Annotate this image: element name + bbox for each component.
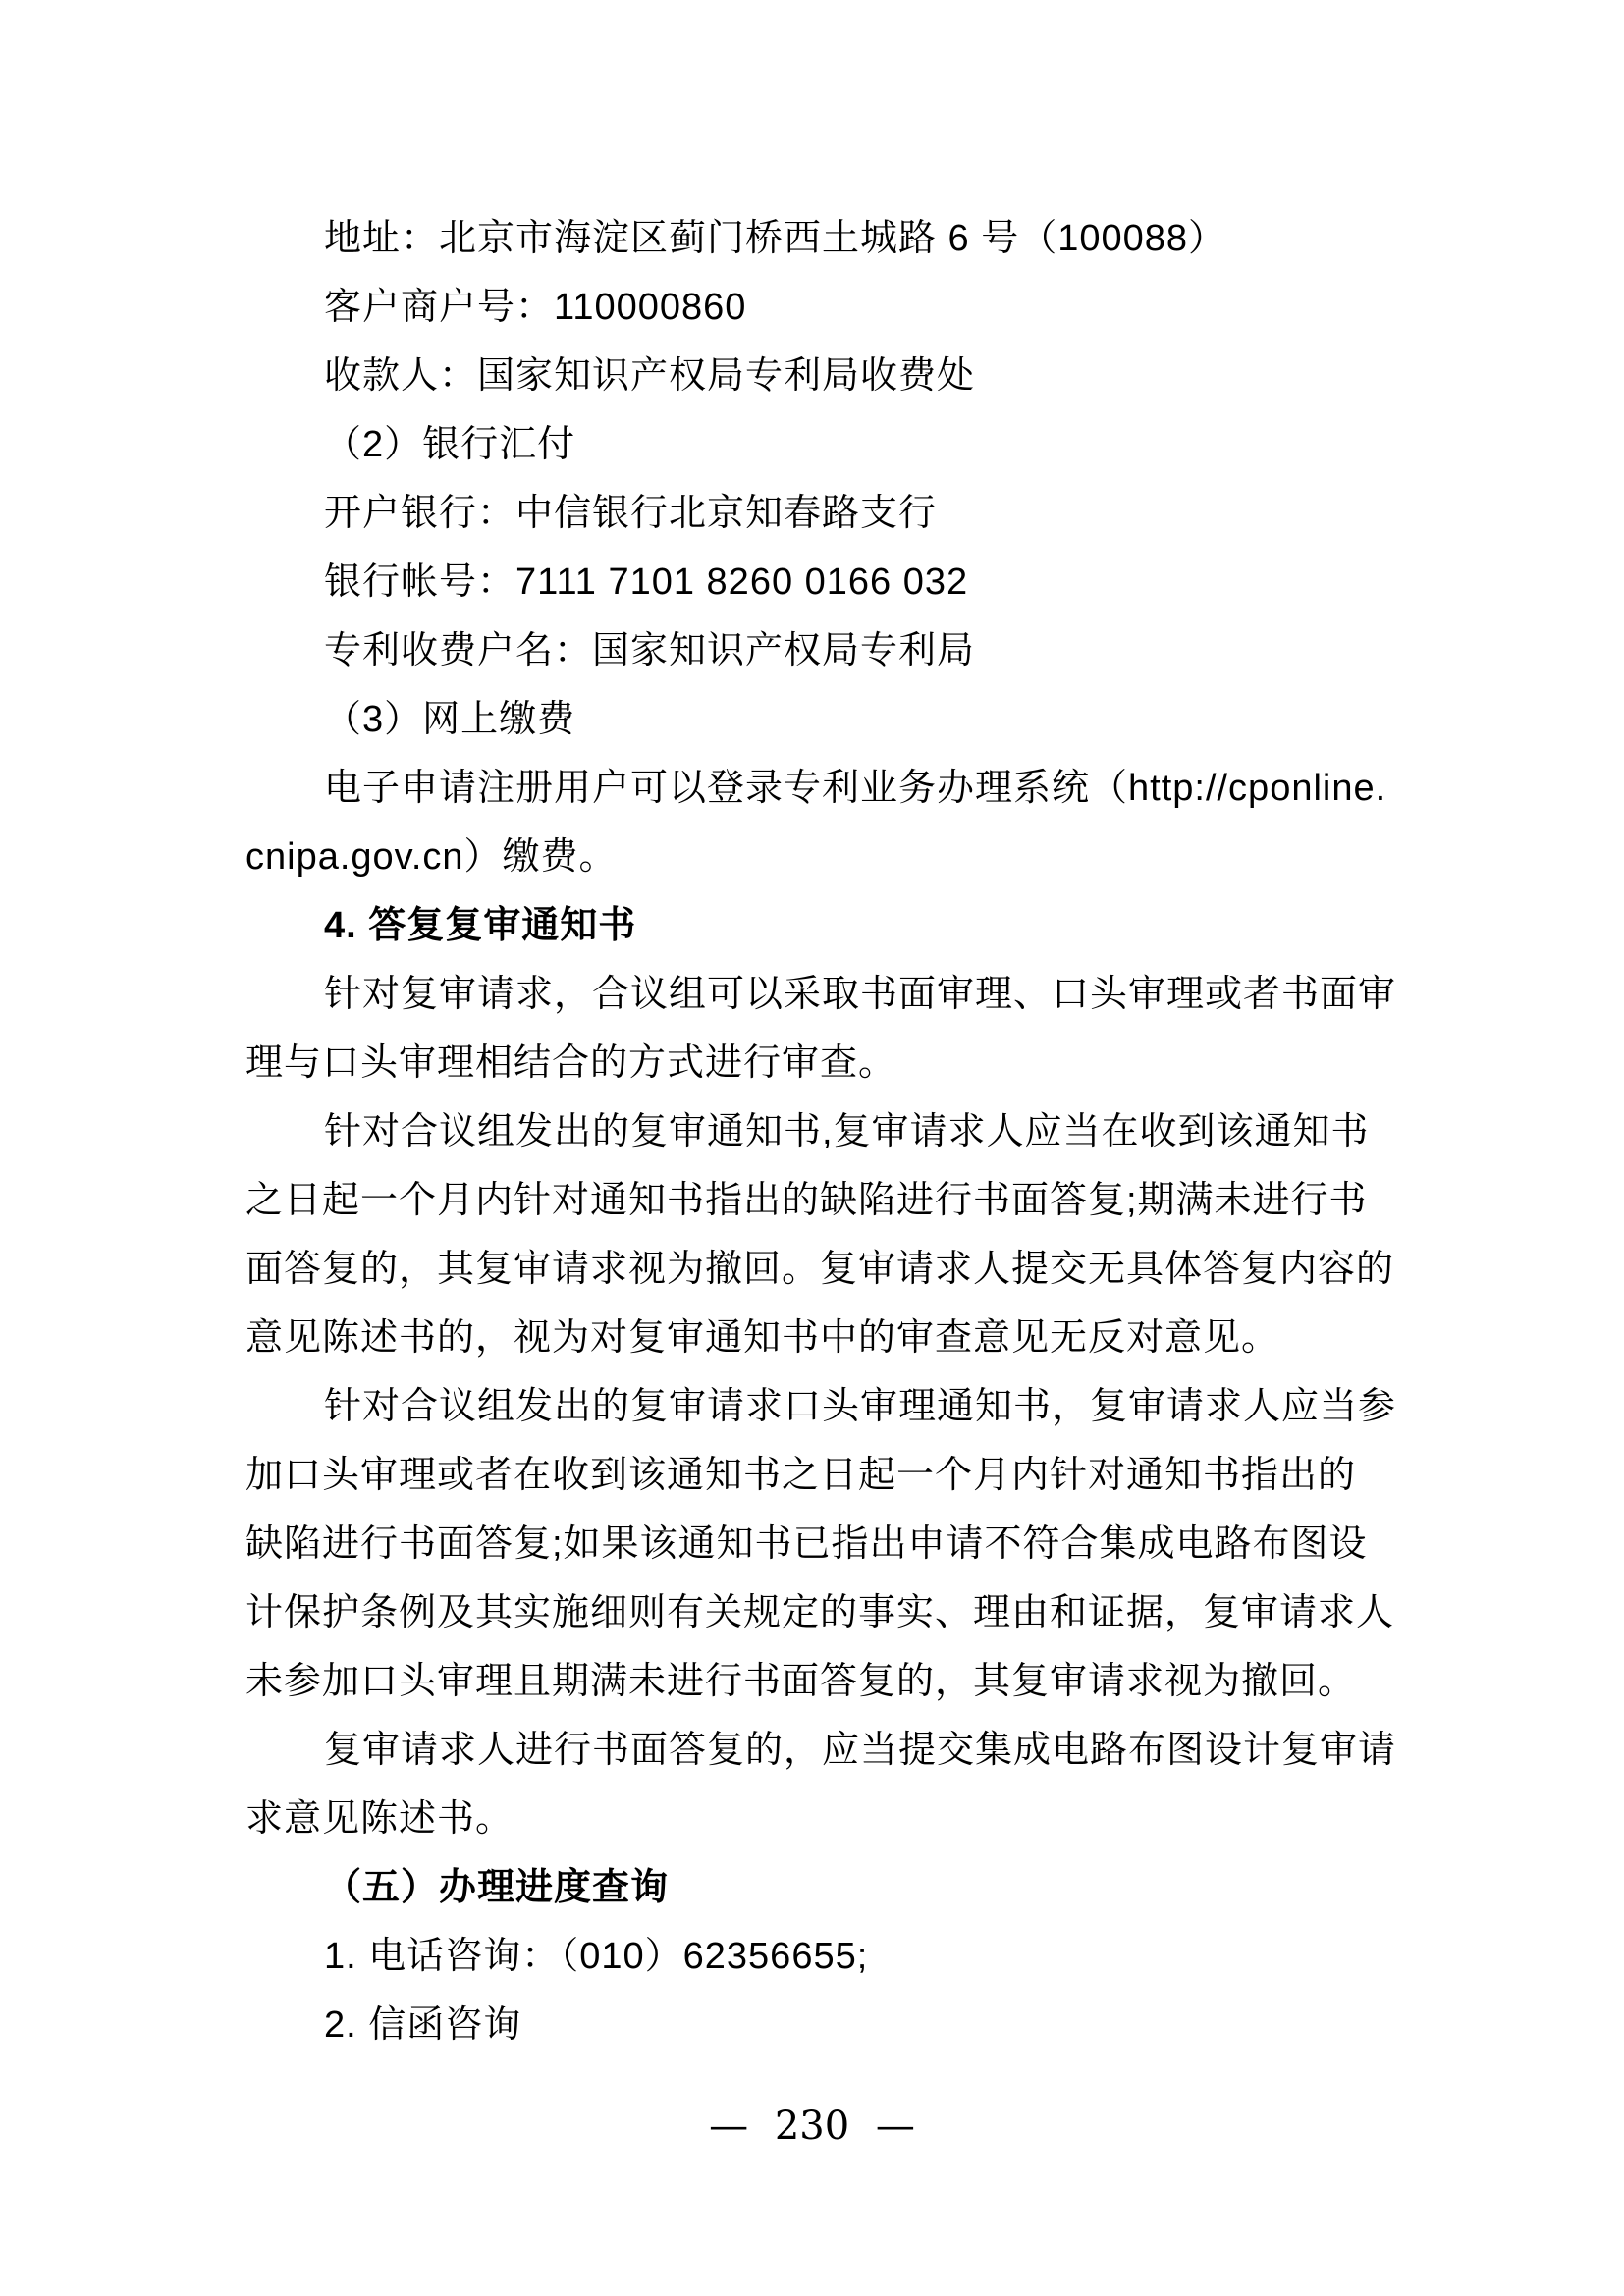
text-line: 意见陈述书的，视为对复审通知书中的审查意见无反对意见。 xyxy=(245,1304,1380,1372)
text-line: 针对复审请求，合议组可以采取书面审理、口头审理或者书面审 xyxy=(245,960,1380,1029)
text-line: （3）网上缴费 xyxy=(245,685,1380,754)
text-line: 地址：北京市海淀区蓟门桥西土城路 6 号（100088） xyxy=(245,204,1380,273)
document-page: 地址：北京市海淀区蓟门桥西土城路 6 号（100088）客户商户号：110000… xyxy=(0,0,1624,2296)
text-line: 面答复的，其复审请求视为撤回。复审请求人提交无具体答复内容的 xyxy=(245,1235,1380,1304)
text-line: （2）银行汇付 xyxy=(245,410,1380,479)
text-line: 未参加口头审理且期满未进行书面答复的，其复审请求视为撤回。 xyxy=(245,1647,1380,1716)
text-line: 缺陷进行书面答复;如果该通知书已指出申请不符合集成电路布图设 xyxy=(245,1510,1380,1578)
text-line: 银行帐号：7111 7101 8260 0166 032 xyxy=(245,548,1380,616)
heading-line: 4. 答复复审通知书 xyxy=(245,891,1380,960)
text-line: 计保护条例及其实施细则有关规定的事实、理由和证据，复审请求人 xyxy=(245,1578,1380,1647)
text-line: 针对合议组发出的复审请求口头审理通知书，复审请求人应当参 xyxy=(245,1372,1380,1441)
text-line: 专利收费户名：国家知识产权局专利局 xyxy=(245,616,1380,685)
page-number: — 230 — xyxy=(0,2097,1624,2156)
text-line: 电子申请注册用户可以登录专利业务办理系统（http://cponline. xyxy=(245,754,1380,823)
text-line: 针对合议组发出的复审通知书,复审请求人应当在收到该通知书 xyxy=(245,1097,1380,1166)
heading-line: （五）办理进度查询 xyxy=(245,1853,1380,1922)
text-line: 复审请求人进行书面答复的，应当提交集成电路布图设计复审请 xyxy=(245,1716,1380,1785)
text-line: 2. 信函咨询 xyxy=(245,1991,1380,2059)
text-line: 加口头审理或者在收到该通知书之日起一个月内针对通知书指出的 xyxy=(245,1441,1380,1510)
text-line: 理与口头审理相结合的方式进行审查。 xyxy=(245,1029,1380,1097)
document-body: 地址：北京市海淀区蓟门桥西土城路 6 号（100088）客户商户号：110000… xyxy=(245,204,1380,2059)
text-line: 1. 电话咨询：（010）62356655; xyxy=(245,1922,1380,1991)
text-line: 之日起一个月内针对通知书指出的缺陷进行书面答复;期满未进行书 xyxy=(245,1166,1380,1235)
text-line: 客户商户号：110000860 xyxy=(245,273,1380,342)
text-line: cnipa.gov.cn）缴费。 xyxy=(245,823,1380,891)
text-line: 求意见陈述书。 xyxy=(245,1785,1380,1853)
text-line: 开户银行：中信银行北京知春路支行 xyxy=(245,479,1380,548)
text-line: 收款人：国家知识产权局专利局收费处 xyxy=(245,342,1380,410)
